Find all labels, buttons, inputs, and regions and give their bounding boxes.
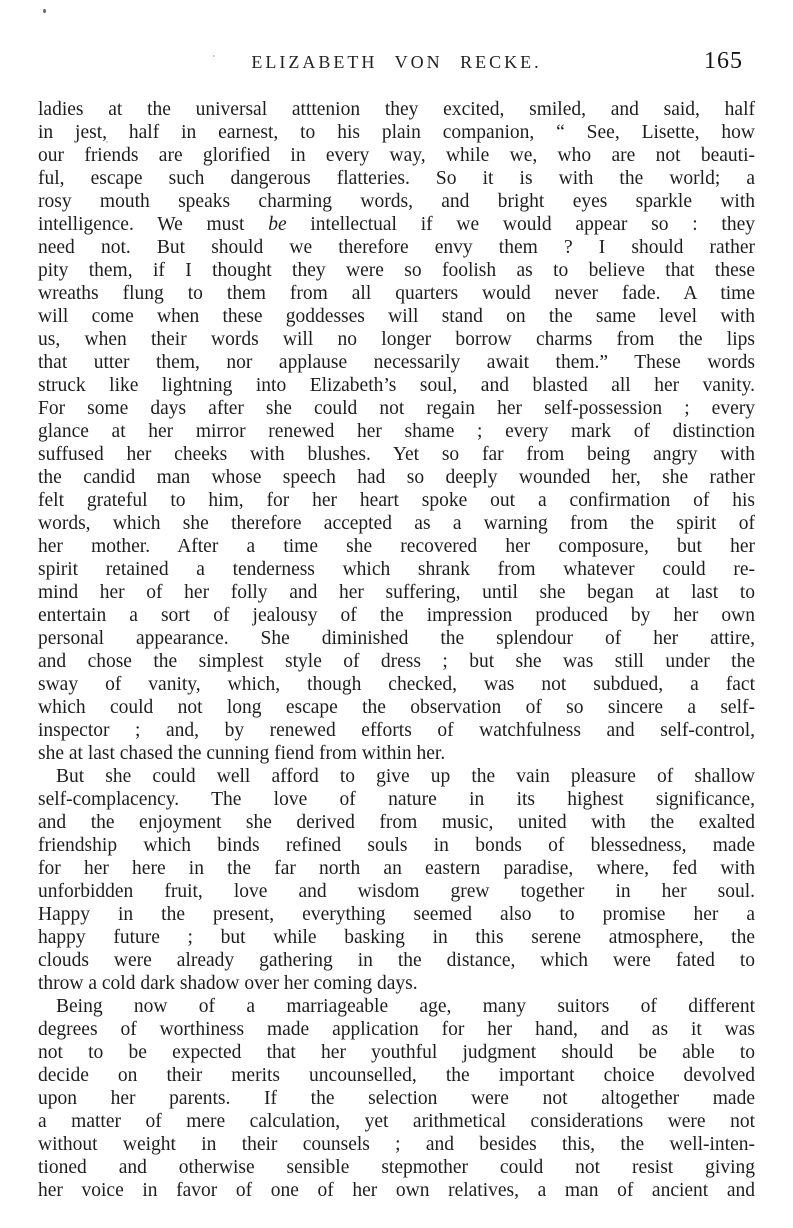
text-line: felt grateful to him, for her heart spok… (38, 489, 755, 512)
text-line: rosy mouth speaks charming words, and br… (38, 190, 755, 213)
text-line: pity them, if I thought they were so foo… (38, 259, 755, 282)
text-line: she at last chased the cunning fiend fro… (38, 742, 755, 765)
text-line: will come when these goddesses will stan… (38, 305, 755, 328)
text-line: without weight in their counsels ; and b… (38, 1133, 755, 1156)
text-line: her voice in favor of one of her own rel… (38, 1179, 755, 1202)
text-line: glance at her mirror renewed her shame ;… (38, 420, 755, 443)
text-line: inspector ; and, by renewed efforts of w… (38, 719, 755, 742)
text-line: the candid man whose speech had so deepl… (38, 466, 755, 489)
text-line: personal appearance. She diminished the … (38, 627, 755, 650)
text-line: her mother. After a time she recovered h… (38, 535, 755, 558)
page-title: ELIZABETH VON RECKE. (38, 48, 755, 73)
text-line: our friends are glorified in every way, … (38, 144, 755, 167)
text-line: friendship which binds refined souls in … (38, 834, 755, 857)
text-line: suffused her cheeks with blushes. Yet so… (38, 443, 755, 466)
text-line: a matter of mere calculation, yet arithm… (38, 1110, 755, 1133)
text-line: mind her of her folly and her suffering,… (38, 581, 755, 604)
text-line: struck like lightning into Elizabeth’s s… (38, 374, 755, 397)
text-line: for her here in the far north an eastern… (38, 857, 755, 880)
text-line: ful, escape such dangerous flatteries. S… (38, 167, 755, 190)
text-line: unforbidden fruit, love and wisdom grew … (38, 880, 755, 903)
text-line: spirit retained a tenderness which shran… (38, 558, 755, 581)
text-line: decide on their merits uncounselled, the… (38, 1064, 755, 1087)
text-segment: intellectual if we would appear so : the… (287, 214, 755, 235)
text-line: intelligence. We must be intellectual if… (38, 213, 755, 236)
text-line: and the enjoyment she derived from music… (38, 811, 755, 834)
body-text: ladies at the universal atttenion they e… (38, 98, 755, 1202)
text-line: tioned and otherwise sensible stepmother… (38, 1156, 755, 1179)
text-line: sway of vanity, which, though checked, w… (38, 673, 755, 696)
text-line: entertain a sort of jealousy of the impr… (38, 604, 755, 627)
text-line: Happy in the present, everything seemed … (38, 903, 755, 926)
running-head: ELIZABETH VON RECKE. 165 (38, 48, 755, 78)
paragraph: ladies at the universal atttenion they e… (38, 98, 755, 765)
text-line: us, when their words will no longer borr… (38, 328, 755, 351)
text-line: which could not long escape the observat… (38, 696, 755, 719)
book-page: ELIZABETH VON RECKE. 165 ladies at the u… (38, 48, 755, 1202)
text-line: that utter them, nor applause necessaril… (38, 351, 755, 374)
text-line: need not. But should we therefore envy t… (38, 236, 755, 259)
text-line: But she could well afford to give up the… (38, 765, 755, 788)
text-line: and chose the simplest style of dress ; … (38, 650, 755, 673)
page-number: 165 (704, 48, 743, 75)
text-line: wreaths flung to them from all quarters … (38, 282, 755, 305)
text-line: Being now of a marriageable age, many su… (38, 995, 755, 1018)
text-line: degrees of worthiness made application f… (38, 1018, 755, 1041)
text-line: in jest, half in earnest, to his plain c… (38, 121, 755, 144)
text-line: self-complacency. The love of nature in … (38, 788, 755, 811)
scan-speck (43, 9, 46, 13)
text-line: happy future ; but while basking in this… (38, 926, 755, 949)
text-line: ladies at the universal atttenion they e… (38, 98, 755, 121)
text-line: words, which she therefore accepted as a… (38, 512, 755, 535)
text-line: For some days after she could not regain… (38, 397, 755, 420)
text-line: upon her parents. If the selection were … (38, 1087, 755, 1110)
text-line: not to be expected that her youthful jud… (38, 1041, 755, 1064)
text-line: clouds were already gathering in the dis… (38, 949, 755, 972)
text-segment: intelligence. We must (38, 214, 268, 235)
paragraph: Being now of a marriageable age, many su… (38, 995, 755, 1202)
italic-text: be (268, 214, 286, 235)
text-line: throw a cold dark shadow over her coming… (38, 972, 755, 995)
paragraph: But she could well afford to give up the… (38, 765, 755, 995)
